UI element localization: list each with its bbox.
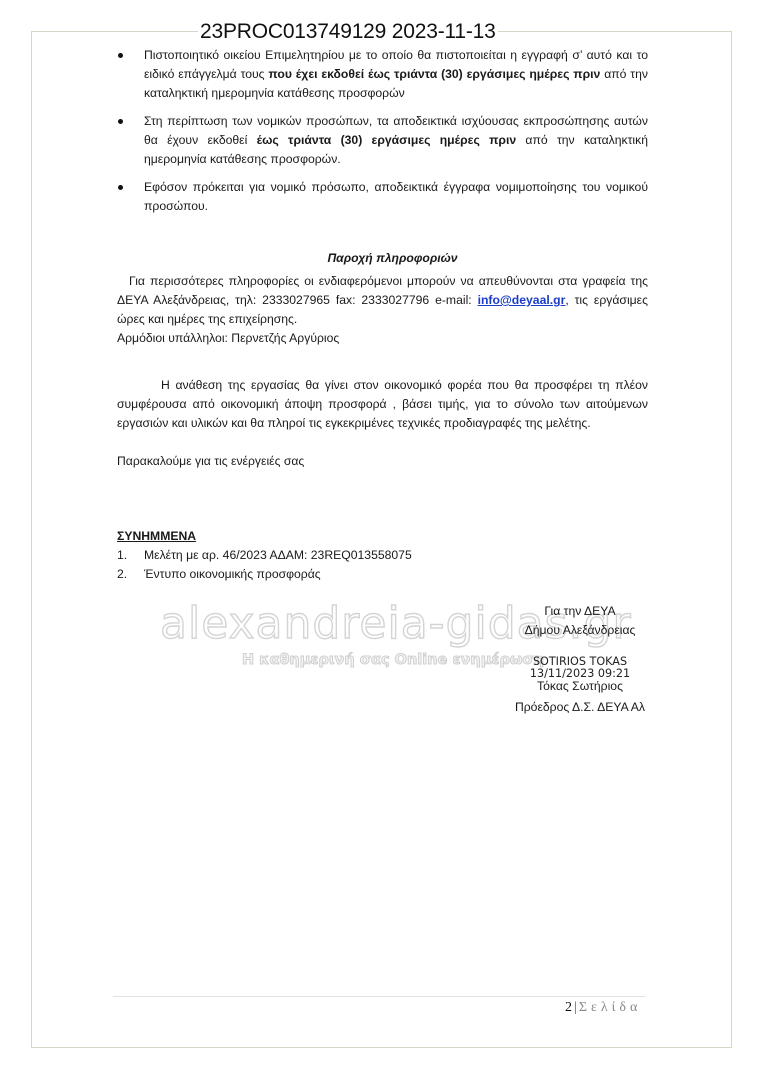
- bullet-icon: [118, 185, 123, 190]
- footer-divider: [113, 996, 646, 997]
- requirements-list: Πιστοποιητικό οικείου Επιμελητηρίου με τ…: [117, 46, 648, 216]
- page-number: 2: [565, 1000, 572, 1015]
- attachments-title: ΣΥΝΗΜΜΕΝΑ: [117, 527, 648, 546]
- list-item: 1. Μελέτη με αρ. 46/2023 ΑΔΑΜ: 23REQ0135…: [117, 546, 648, 565]
- award-paragraph: Η ανάθεση της εργασίας θα γίνει στον οικ…: [117, 376, 648, 433]
- info-paragraph: Για περισσότερες πληροφορίες οι ενδιαφερ…: [117, 272, 648, 329]
- footer-separator: |: [574, 1000, 577, 1015]
- list-item: Εφόσον πρόκειται για νομικό πρόσωπο, απο…: [117, 178, 648, 216]
- signature-line-1: Για την ΔΕΥΑ: [495, 602, 665, 621]
- bullet-icon: [118, 53, 123, 58]
- digital-signature: SOTIRIOS TOKAS 13/11/2023 09:21: [495, 656, 665, 680]
- info-section-title: Παροχή πληροφοριών: [117, 249, 648, 268]
- signature-line-2: Δήμου Αλεξάνδρειας: [495, 621, 665, 640]
- list-item: Στη περίπτωση των νομικών προσώπων, τα α…: [117, 112, 648, 169]
- signer-name: Τόκας Σωτήριος: [495, 680, 665, 693]
- document-body: Πιστοποιητικό οικείου Επιμελητηρίου με τ…: [117, 46, 648, 584]
- signature-block: Για την ΔΕΥΑ Δήμου Αλεξάνδρειας SOTIRIOS…: [495, 602, 665, 717]
- attachments-list: 1. Μελέτη με αρ. 46/2023 ΑΔΑΜ: 23REQ0135…: [117, 546, 648, 584]
- signer-role: Πρόεδρος Δ.Σ. ΔΕΥΑ Αλ: [495, 698, 665, 717]
- bullet-icon: [118, 119, 123, 124]
- closing-line: Παρακαλούμε για τις ενέργειές σας: [117, 452, 648, 471]
- list-item: Πιστοποιητικό οικείου Επιμελητηρίου με τ…: [117, 46, 648, 103]
- list-item: 2. Έντυπο οικονομικής προσφοράς: [117, 565, 648, 584]
- email-link[interactable]: info@deyaal.gr: [478, 293, 566, 307]
- page-label: Σελίδα: [579, 1000, 642, 1015]
- protocol-stamp: 23PROC013749129 2023-11-13: [198, 19, 498, 45]
- contact-person: Αρμόδιοι υπάλληλοι: Περνετζής Αργύριος: [117, 329, 648, 348]
- page-footer: 2|Σελίδα: [565, 998, 641, 1018]
